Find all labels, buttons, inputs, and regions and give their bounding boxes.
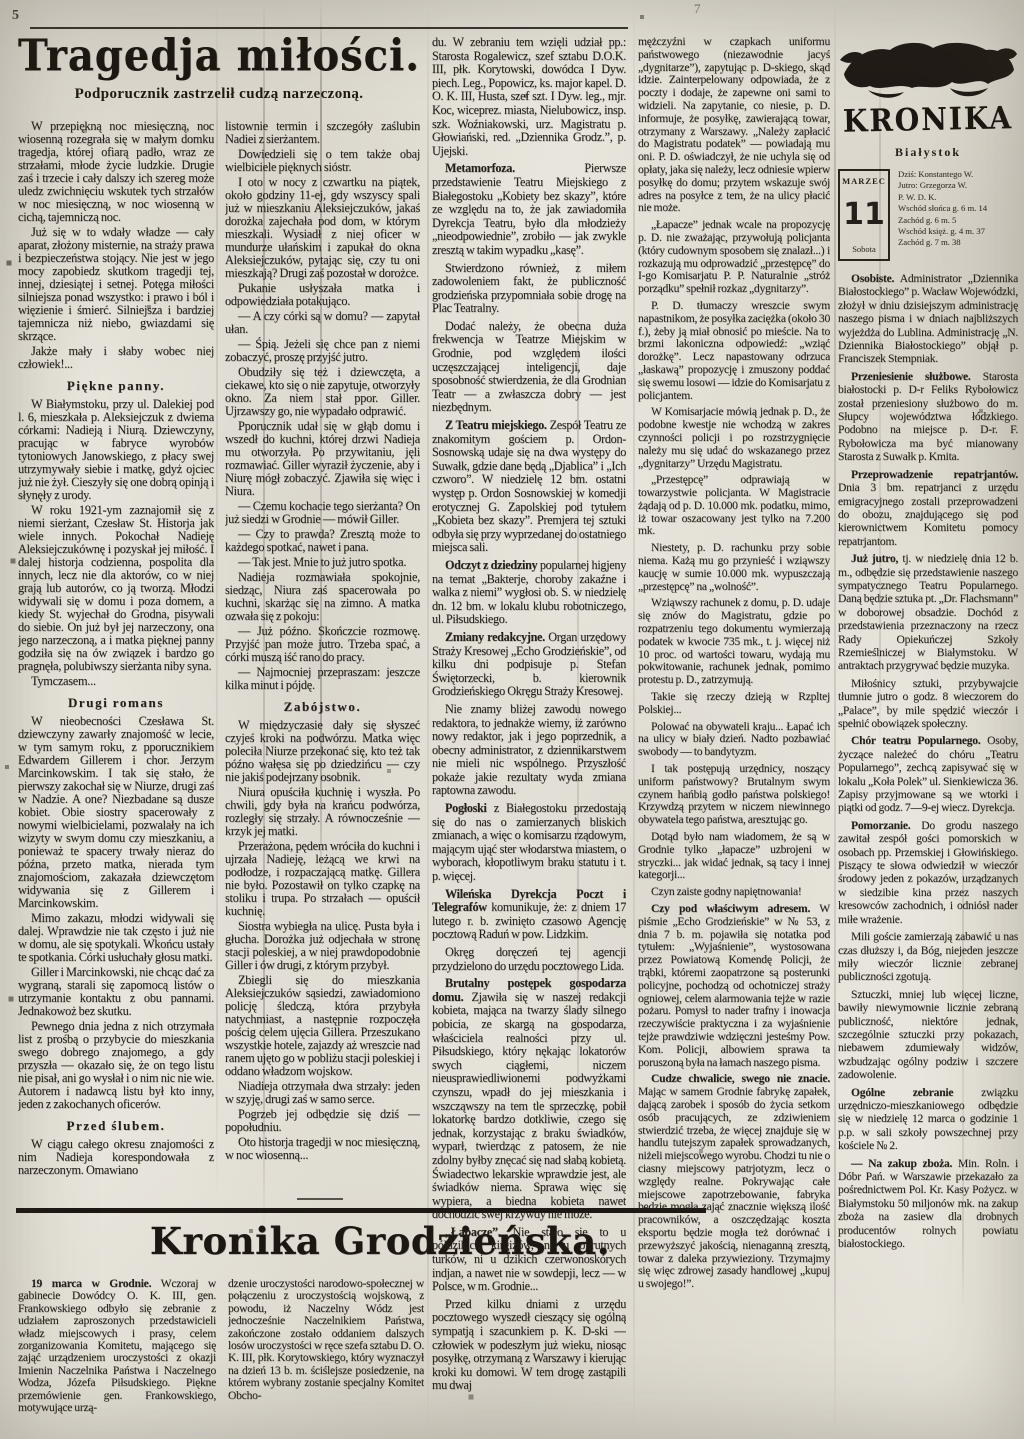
- paragraph: Przerażona, pędem wróciła do kuchni i uj…: [225, 840, 420, 918]
- paragraph: — Czemu kochacie tego sierżanta? On już …: [225, 500, 420, 526]
- paragraph: Mimo zakazu, młodzi widywali się dalej. …: [18, 912, 214, 964]
- news-item: Cudze chwalicie, swego nie znacie. Mając…: [638, 1073, 830, 1291]
- paragraph: — Tak jest. Mnie to już jutro spotka.: [225, 556, 420, 569]
- paragraph: dzenie uroczystości narodowo-społecznej …: [228, 1278, 424, 1402]
- tragedja-column-1: W przepiękną noc miesięczną, noc wiosenn…: [18, 120, 214, 1202]
- masthead-title: KRONIKA: [843, 100, 1014, 140]
- masthead-ornament: KRONIKA: [838, 38, 1018, 140]
- news-item: Osobiste. Administrator „Dziennika Biało…: [838, 272, 1018, 366]
- paragraph: Niadieja otrzymała dwa strzały: jeden w …: [225, 1080, 420, 1106]
- paragraph: — Najmocniej przepraszam: jeszcze kilka …: [225, 666, 420, 692]
- article-subhead: Drugi romans: [18, 696, 214, 709]
- news-item: Zmiany redakcyjne. Organ urzędowy Straży…: [432, 631, 626, 699]
- item-lead: Już jutro,: [851, 552, 898, 565]
- paragraph: listownie termin i szczegóły zaślubin Na…: [225, 120, 420, 146]
- kronika-grodzienska-col-a: 19 marca w Grodnie. Wczoraj w gabinecie …: [18, 1278, 216, 1439]
- paragraph: Oto historja tragedji w noc miesięczną, …: [225, 1136, 420, 1162]
- gutter-crease: [834, 0, 836, 1439]
- paragraph: W Białymstoku, przy ul. Dalekiej pod l. …: [18, 398, 214, 502]
- paragraph: Giller i Marcinkowski, nie chcąc dać za …: [18, 966, 214, 1018]
- paragraph: Pogrzeb jej odbędzie się dziś — popołudn…: [225, 1108, 420, 1134]
- item-lead: Cudze chwalicie, swego nie znacie.: [651, 1072, 830, 1085]
- paragraph: Nadieja rozmawiała spokojnie, siedząc, N…: [225, 571, 420, 623]
- paragraph: Czyn zaiste godny napiętnowania!: [638, 886, 830, 899]
- paragraph: mężczyźni w czapkach uniformu państwoweg…: [638, 36, 830, 215]
- paragraph: Polować na obywateli kraju... Łapać ich …: [638, 721, 830, 759]
- ephemeris-line: Wschód księż. g. 4 m. 37: [898, 226, 1018, 237]
- page-number: 5: [12, 8, 19, 24]
- kronika-grodzienska-col-4: mężczyźni w czapkach uniformu państwoweg…: [638, 36, 830, 1436]
- paragraph: Okręg doręczeń tej agencji przydzielono …: [432, 946, 626, 973]
- ephemeris-line: Dziś: Konstantego W.: [898, 169, 1018, 180]
- news-item: Ogólne zebranie związku urzędniczo-miesz…: [838, 1086, 1018, 1153]
- item-lead: Metamorfoza.: [445, 161, 515, 175]
- item-lead: Wileńska Dyrekcja Poczt i Telegrafów: [432, 887, 626, 915]
- article-subhead: Piękne panny.: [18, 379, 214, 392]
- paragraph: W ciągu całego okresu znajomości z nim N…: [18, 1138, 214, 1177]
- item-lead: Przeniesienie służbowe.: [851, 370, 971, 383]
- item-lead: 19 marca w Grodnie.: [31, 1278, 151, 1290]
- paragraph: Pporucznik udał się w głąb domu i wszedł…: [225, 420, 420, 498]
- news-item: Pomorzanie. Do grodu naszego zawitał zes…: [838, 819, 1018, 926]
- paragraph: W Komisarjacie mówią jednak p. D., że po…: [638, 406, 830, 470]
- news-item: Wileńska Dyrekcja Poczt i Telegrafów kom…: [432, 888, 626, 942]
- calendar-row: MARZEC 11 Sobota Dziś: Konstantego W.Jut…: [838, 169, 1018, 261]
- news-item: Brutalny postępek gospodarza domu. Zjawi…: [432, 977, 626, 1222]
- kronika-grodzienska-col-3: du. W zebraniu tem wzięli udział pp.: St…: [432, 36, 626, 1436]
- ink-specks: [0, 0, 2, 2]
- item-lead: Osobiste.: [851, 272, 894, 285]
- item-lead: Chór teatru Popularnego.: [851, 734, 981, 747]
- paragraph: Stwierdzono również, z miłem zadowolenie…: [432, 262, 626, 316]
- news-item: Przeprowadzenie repatrjantów. Dnia 3 bm.…: [838, 468, 1018, 548]
- article-subhead: Zabójstwo.: [225, 700, 420, 713]
- kronika-masthead: KRONIKA: [838, 38, 1018, 140]
- calendar-box: MARZEC 11 Sobota: [838, 169, 890, 261]
- paragraph: Tymczasem...: [18, 675, 214, 688]
- paragraph: I oto w nocy z czwartku na piątek, około…: [225, 176, 420, 280]
- kronika-grodzienska-col-b: dzenie uroczystości narodowo-społecznej …: [228, 1278, 424, 1439]
- paragraph: Przed kilku dniami z urzędu pocztowego w…: [432, 1298, 626, 1393]
- tragedja-header: Tragedja miłości. Podporucznik zastrzeli…: [16, 33, 422, 103]
- ephemeris-line: Zachód g. 6 m. 5: [898, 215, 1018, 226]
- paragraph: W roku 1921-ym zaznajomił się z niemi si…: [18, 504, 214, 673]
- news-item: „Łapacze”. Nie stało się to u półdzikich…: [432, 1226, 626, 1294]
- paragraph: Zbiegli się do mieszkania Aleksiejczuków…: [225, 974, 420, 1078]
- article-end-rule: [297, 1198, 343, 1200]
- item-lead: Pomorzanie.: [851, 819, 910, 832]
- item-lead: Brutalny postępek gospodarza domu.: [432, 976, 626, 1004]
- news-item: Pogłoski z Białegostoku przedostają się …: [432, 802, 626, 884]
- item-lead: Ogólne zebranie: [851, 1086, 953, 1099]
- paragraph: Już się w to wdały władze — cały aparat,…: [18, 226, 214, 343]
- news-item: Przeniesienie służbowe. Starosta białost…: [838, 370, 1018, 464]
- paragraph: Dodać należy, że obecna duża frekwencja …: [432, 320, 626, 415]
- paragraph: Pewnego dnia jedna z nich otrzymała list…: [18, 1020, 214, 1111]
- news-item: 19 marca w Grodnie. Wczoraj w gabinecie …: [18, 1278, 216, 1414]
- article-subhead: Przed ślubem.: [18, 1119, 214, 1132]
- newspaper-page: 5 7 Tragedja miłości. Podporucznik zastr…: [0, 0, 1024, 1439]
- paragraph: Siostra wybiegła na ulicę. Pusta była i …: [225, 920, 420, 972]
- paragraph: „Przestępcę” odprawiają w towarzystwie p…: [638, 474, 830, 538]
- paragraph: — Już późno. Skończcie rozmowę. Przyjść …: [225, 625, 420, 664]
- news-item: Metamorfoza. Pierwsze przedstawienie Tea…: [432, 162, 626, 257]
- news-item: — Na zakup zboża. Min. Roln. i Dóbr Pań.…: [838, 1157, 1018, 1251]
- paragraph: du. W zebraniu tem wzięli udział pp.: St…: [432, 36, 626, 158]
- paragraph: W międzyczasie dały się słyszeć czyjeś k…: [225, 719, 420, 784]
- bialystok-column: KRONIKA Białystok MARZEC 11 Sobota Dziś:…: [838, 38, 1018, 1436]
- scan-artifact: 7: [694, 1, 701, 17]
- paragraph: — Czy to prawda? Zresztą może to każdego…: [225, 528, 420, 554]
- paragraph: Dowiedzieli się o tem także obaj wielbic…: [225, 148, 420, 174]
- item-lead: Pogłoski: [445, 801, 487, 815]
- item-lead: Czy pod właściwym adresem.: [651, 902, 810, 915]
- item-lead: Z Teatru miejskiego.: [445, 418, 547, 432]
- news-item: Chór teatru Popularnego. Osoby, życzące …: [838, 734, 1018, 814]
- paragraph: — A czy córki są w domu? — zapytał ułan.: [225, 310, 420, 336]
- paragraph: W przepiękną noc miesięczną, noc wiosenn…: [18, 120, 214, 224]
- subheadline: Podporucznik zastrzelił cudzą narzeczoną…: [16, 86, 422, 103]
- news-item: Już jutro, tj. w niedzielę dnia 12 b. m.…: [838, 552, 1018, 673]
- ephemeris-line: Jutro: Grzegorza W.: [898, 180, 1018, 191]
- ephemeris-line: Wschód słońca g. 6 m. 14: [898, 203, 1018, 214]
- paragraph: Niura opuściła kuchnię i wyszła. Po chwi…: [225, 786, 420, 838]
- paragraph: P. D. tłumaczy wreszcie swym napastnikom…: [638, 300, 830, 402]
- paragraph: Wziąwszy rachunek z domu, p. D. udaje si…: [638, 597, 830, 687]
- paragraph: Sztuczki, mniej lub więcej liczne, bawił…: [838, 988, 1018, 1082]
- paragraph: Pukanie usłyszała matka i odpowiedziała …: [225, 282, 420, 308]
- paragraph: „Łapacze” jednak wcale na propozycję p. …: [638, 219, 830, 296]
- paragraph: W nieobecności Czesława St. dziewczyny z…: [18, 715, 214, 910]
- paragraph: Obudziły się też i dziewczęta, a ciekawe…: [225, 366, 420, 418]
- ephemeris: Dziś: Konstantego W.Jutro: Grzegorza W.P…: [890, 169, 1018, 261]
- paragraph: Nie znamy bliżej zawodu nowego redaktora…: [432, 703, 626, 798]
- calendar-month: MARZEC: [842, 176, 886, 186]
- paragraph: I tak postępują urzędnicy, noszący unifo…: [638, 763, 830, 827]
- calendar-day: 11: [843, 200, 885, 230]
- calendar-weekday: Sobota: [852, 244, 876, 254]
- headline: Tragedja miłości.: [16, 31, 422, 82]
- news-item: Z Teatru miejskiego. Zespół Teatru ze zn…: [432, 419, 626, 555]
- item-lead: Przeprowadzenie repatrjantów.: [851, 468, 1018, 481]
- paragraph: Jakże mały i słaby wobec niej człowiek!.…: [18, 345, 214, 371]
- paragraph: Mili goście zamierzają zabawić u nas cza…: [838, 930, 1018, 984]
- paragraph: Miłośnicy sztuki, przybywajcie tłumnie j…: [838, 677, 1018, 731]
- paragraph: Dotąd było nam wiadomem, że są w Grodnie…: [638, 831, 830, 882]
- item-lead: Odczyt z dziedziny: [445, 558, 537, 572]
- bialystok-items: Osobiste. Administrator „Dziennika Biało…: [838, 272, 1018, 1250]
- gutter-crease: [216, 0, 218, 1205]
- item-lead: Zmiany redakcyjne.: [445, 630, 545, 644]
- city-heading: Białystok: [838, 145, 1018, 160]
- item-lead: „Łapacze”.: [445, 1225, 501, 1239]
- news-item: Odczyt z dziedziny popularnej higjeny na…: [432, 559, 626, 627]
- paragraph: Takie się rzeczy dzieją w Rzpltej Polski…: [638, 691, 830, 717]
- paragraph: Niestety, p. D. rachunku przy sobie niem…: [638, 542, 830, 593]
- ephemeris-line: P. W. D. K.: [898, 192, 1018, 203]
- tragedja-column-2: listownie termin i szczegóły zaślubin Na…: [225, 120, 420, 1198]
- ephemeris-line: Zachód g. 7 m. 38: [898, 237, 1018, 248]
- news-item: Czy pod właściwym adresem. W piśmie „Ech…: [638, 903, 830, 1069]
- item-lead: — Na zakup zboża.: [851, 1157, 952, 1170]
- paragraph: — Śpią. Jeżeli się chce pan z niemi zoba…: [225, 338, 420, 364]
